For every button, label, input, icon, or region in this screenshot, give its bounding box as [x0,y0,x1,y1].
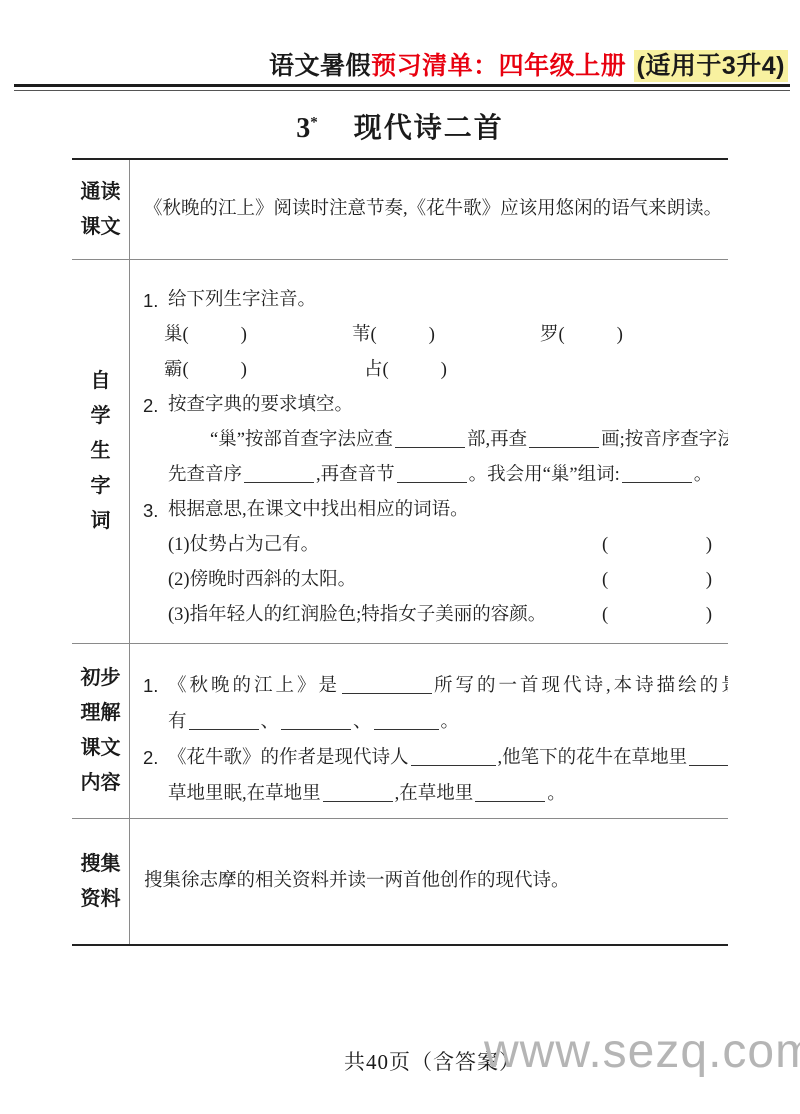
character: 罗 [540,325,559,345]
paren-close: ) [429,325,435,345]
text-segment: 。 [694,465,713,485]
comprehension-item-2-line-2: 草地里眠,在草地里,在草地里。 [130,776,728,812]
page-header: 语文暑假预习清单：四年级上册 (适用于3升4) [269,46,788,82]
text-segment: ,在草地里 [395,784,474,804]
text-segment: ,再查音节 [316,465,395,485]
blank-line [244,481,314,483]
site-watermark: www.sezq.com [484,1024,800,1079]
item-number: 2. [143,388,158,423]
table-row-read-text: 通读 课文 《秋晚的江上》阅读时注意节奏,《花牛歌》应该用悠闲的语气来朗读。 [72,160,728,260]
label-line: 初步 [81,661,121,696]
text-segment: “巢”按部首查字法应查 [210,430,393,450]
text-segment: 、 [261,712,280,732]
paren-close: ) [441,360,447,380]
row-content-comprehension: 1.《秋晚的江上》是所写的一首现代诗,本诗描绘的景物 有、、。 2.《花牛歌》的… [130,644,728,818]
paren-close: ) [706,528,712,563]
blank-line [281,728,351,730]
item-text: 给下列生字注音。 [168,290,316,310]
table-row-collect-material: 搜集 资料 搜集徐志摩的相关资料并读一两首他创作的现代诗。 [72,819,728,944]
label-line: 理解 [81,696,121,731]
row-content-self-study: 1.给下列生字注音。 巢() 苇() 罗() 霸() 占() 2.按查字典的要求… [130,260,728,643]
label-line: 内容 [81,766,121,801]
word-meaning-2: (2)傍晚时西斜的太阳。() [130,563,728,598]
pinyin-entry: 霸() [164,353,364,388]
blank-line [395,446,465,448]
lesson-title-text: 现代诗二首 [354,113,504,144]
text-segment: 《花牛歌》的作者是现代诗人 [168,748,409,768]
paren-close: ) [241,360,247,380]
item-1-heading: 1.给下列生字注音。 [130,283,728,318]
collect-material-instruction: 搜集徐志摩的相关资料并读一两首他创作的现代诗。 [130,864,728,899]
header-badge: (适用于3升4) [634,50,788,82]
item-3-heading: 3.根据意思,在课文中找出相应的词语。 [130,493,728,528]
paren-close: ) [617,325,623,345]
text-segment: 先查音序 [168,465,242,485]
text-segment: 画;按音序查字法,应 [601,430,728,450]
lesson-title: 3*现代诗二首 [0,106,800,146]
label-line: 搜集 [81,847,121,882]
paren-close: ) [706,598,712,633]
read-text-instruction: 《秋晚的江上》阅读时注意节奏,《花牛歌》应该用悠闲的语气来朗读。 [130,192,728,227]
item-number: 3. [143,493,158,528]
item-text: 按查字典的要求填空。 [168,395,353,415]
lesson-number: 3 [296,113,310,144]
text-segment: ,他笔下的花牛在草地里 [498,748,688,768]
paren-open: ( [383,360,389,380]
blank-line [529,446,599,448]
header-rule-thin [14,90,790,91]
dictionary-fill-line-1: “巢”按部首查字法应查部,再查画;按音序查字法,应 [130,423,728,458]
text-segment: 。 [441,712,460,732]
row-label-self-study: 自 学 生 字 词 [72,260,130,643]
answer-parens: () [602,528,712,563]
paren-close: ) [241,325,247,345]
blank-line [342,692,432,694]
header-title-red: 预习清单：四年级上册 [371,52,626,80]
pinyin-entry: 苇() [352,318,540,353]
word-meaning-1: (1)仗势占为己有。() [130,528,728,563]
item-2-heading: 2.按查字典的要求填空。 [130,388,728,423]
character: 霸 [164,360,183,380]
label-line: 通读 [81,175,121,210]
clue-text: (1)仗势占为己有。 [168,528,319,563]
text-segment: 《秋晚的江上》是 [168,676,340,696]
clue-text: (3)指年轻人的红润脸色;特指女子美丽的容颜。 [168,598,546,633]
character: 占 [364,360,383,380]
blank-line [397,481,467,483]
character: 苇 [352,325,371,345]
label-line: 课文 [81,210,121,245]
item-number: 1. [143,283,158,318]
blank-line [689,764,728,766]
text-segment: 有 [168,712,187,732]
table-row-self-study: 自 学 生 字 词 1.给下列生字注音。 巢() 苇() 罗() 霸() 占()… [72,260,728,644]
word-meaning-3: (3)指年轻人的红润脸色;特指女子美丽的容颜。() [130,598,728,633]
paren-open: ( [371,325,377,345]
pinyin-line-2: 霸() 占() [130,353,728,388]
paren-open: ( [602,528,608,563]
text-segment: 。 [547,784,566,804]
row-label-collect-material: 搜集 资料 [72,819,130,944]
blank-line [411,764,496,766]
label-line: 自 [91,364,111,399]
label-line: 学 [91,399,111,434]
lesson-star: * [310,115,318,131]
comprehension-item-2-line-1: 2.《花牛歌》的作者是现代诗人,他笔下的花牛在草地里,在 [130,740,728,776]
paren-open: ( [183,360,189,380]
header-title-black: 语文暑假 [269,52,371,80]
character: 巢 [164,325,183,345]
row-content-read-text: 《秋晚的江上》阅读时注意节奏,《花牛歌》应该用悠闲的语气来朗读。 [130,160,728,259]
blank-line [622,481,692,483]
clue-text: (2)傍晚时西斜的太阳。 [168,563,356,598]
label-line: 资料 [81,882,121,917]
dictionary-fill-line-2: 先查音序,再查音节。我会用“巢”组词:。 [130,458,728,493]
pinyin-entry: 占() [364,353,564,388]
comprehension-item-1-line-2: 有、、。 [130,704,728,740]
label-line: 生 [91,434,111,469]
paren-open: ( [183,325,189,345]
item-number: 1. [143,668,158,704]
text-segment: 所写的一首现代诗,本诗描绘的景物 [434,676,728,696]
row-content-collect-material: 搜集徐志摩的相关资料并读一两首他创作的现代诗。 [130,819,728,944]
label-line: 词 [91,504,111,539]
paren-open: ( [602,563,608,598]
header-rule-thick [14,84,790,87]
label-line: 课文 [81,731,121,766]
paren-close: ) [706,563,712,598]
table-row-comprehension: 初步 理解 课文 内容 1.《秋晚的江上》是所写的一首现代诗,本诗描绘的景物 有… [72,644,728,819]
blank-line [475,800,545,802]
text-segment: 。我会用“巢”组词: [469,465,620,485]
paren-open: ( [559,325,565,345]
row-label-read-text: 通读 课文 [72,160,130,259]
row-label-comprehension: 初步 理解 课文 内容 [72,644,130,818]
blank-line [323,800,393,802]
label-line: 字 [91,469,111,504]
pinyin-entry: 巢() [164,318,352,353]
item-text: 根据意思,在课文中找出相应的词语。 [168,500,469,520]
text-segment: 部,再查 [467,430,527,450]
worksheet-table: 通读 课文 《秋晚的江上》阅读时注意节奏,《花牛歌》应该用悠闲的语气来朗读。 自… [72,158,728,946]
paren-open: ( [602,598,608,633]
pinyin-line-1: 巢() 苇() 罗() [130,318,728,353]
comprehension-item-1-line-1: 1.《秋晚的江上》是所写的一首现代诗,本诗描绘的景物 [130,668,728,704]
text-segment: 草地里眠,在草地里 [168,784,321,804]
item-number: 2. [143,740,158,776]
text-segment: 、 [353,712,372,732]
pinyin-entry: 罗() [540,318,728,353]
answer-parens: () [602,598,712,633]
blank-line [374,728,439,730]
answer-parens: () [602,563,712,598]
blank-line [189,728,259,730]
